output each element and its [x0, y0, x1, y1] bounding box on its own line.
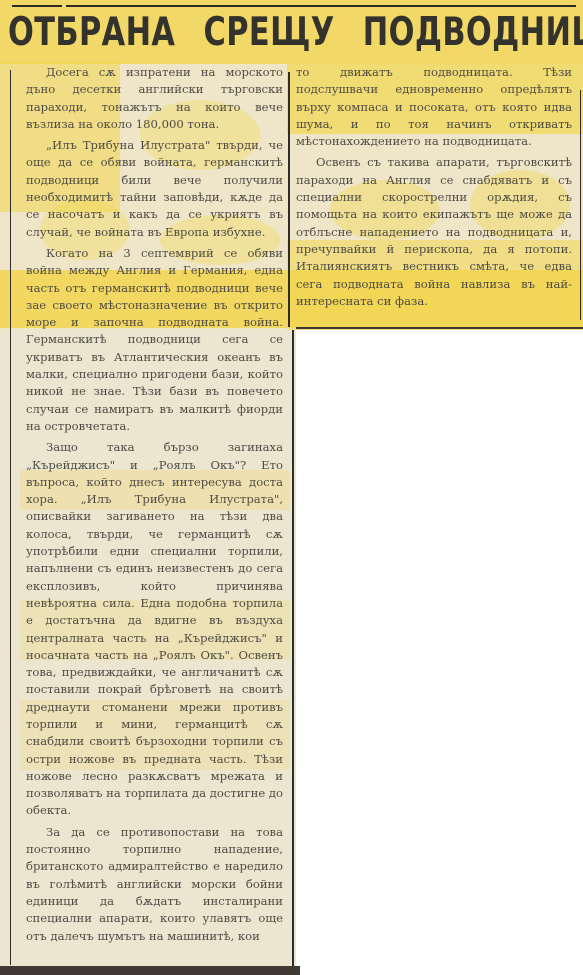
- paragraph: Освенъ съ такива апарати, търговскитѣ па…: [296, 154, 572, 310]
- headline-rule: [66, 5, 576, 7]
- paragraph: За да се противопостави на това постоянн…: [26, 824, 283, 945]
- right-column-border: [580, 90, 581, 320]
- bottom-edge: [0, 966, 300, 975]
- paragraph: Когато на 3 септемврий се обяви война ме…: [26, 245, 283, 435]
- paragraph: то движатъ подводницата. Тѣзи подслушвач…: [296, 64, 572, 150]
- headline: ОТБРАНА СРЕЩУ ПОДВОДНИЦИТѢ: [8, 10, 453, 56]
- paragraph: Защо така бързо загинаха „Кърейджисъ" и …: [26, 439, 283, 820]
- paragraph: Досега сѫ изпратени на морското дъно дес…: [26, 64, 283, 133]
- paragraph: „Илъ Трибуна Илустрата" твърди, че още д…: [26, 137, 283, 241]
- right-column-bottom-rule: [296, 327, 583, 329]
- left-column-border: [10, 70, 11, 965]
- left-column: Досега сѫ изпратени на морското дъно дес…: [26, 64, 283, 949]
- headline-rule: [12, 5, 62, 7]
- right-column: то движатъ подводницата. Тѣзи подслушвач…: [296, 64, 572, 314]
- column-divider: [288, 72, 290, 327]
- left-column-right-border: [292, 330, 294, 966]
